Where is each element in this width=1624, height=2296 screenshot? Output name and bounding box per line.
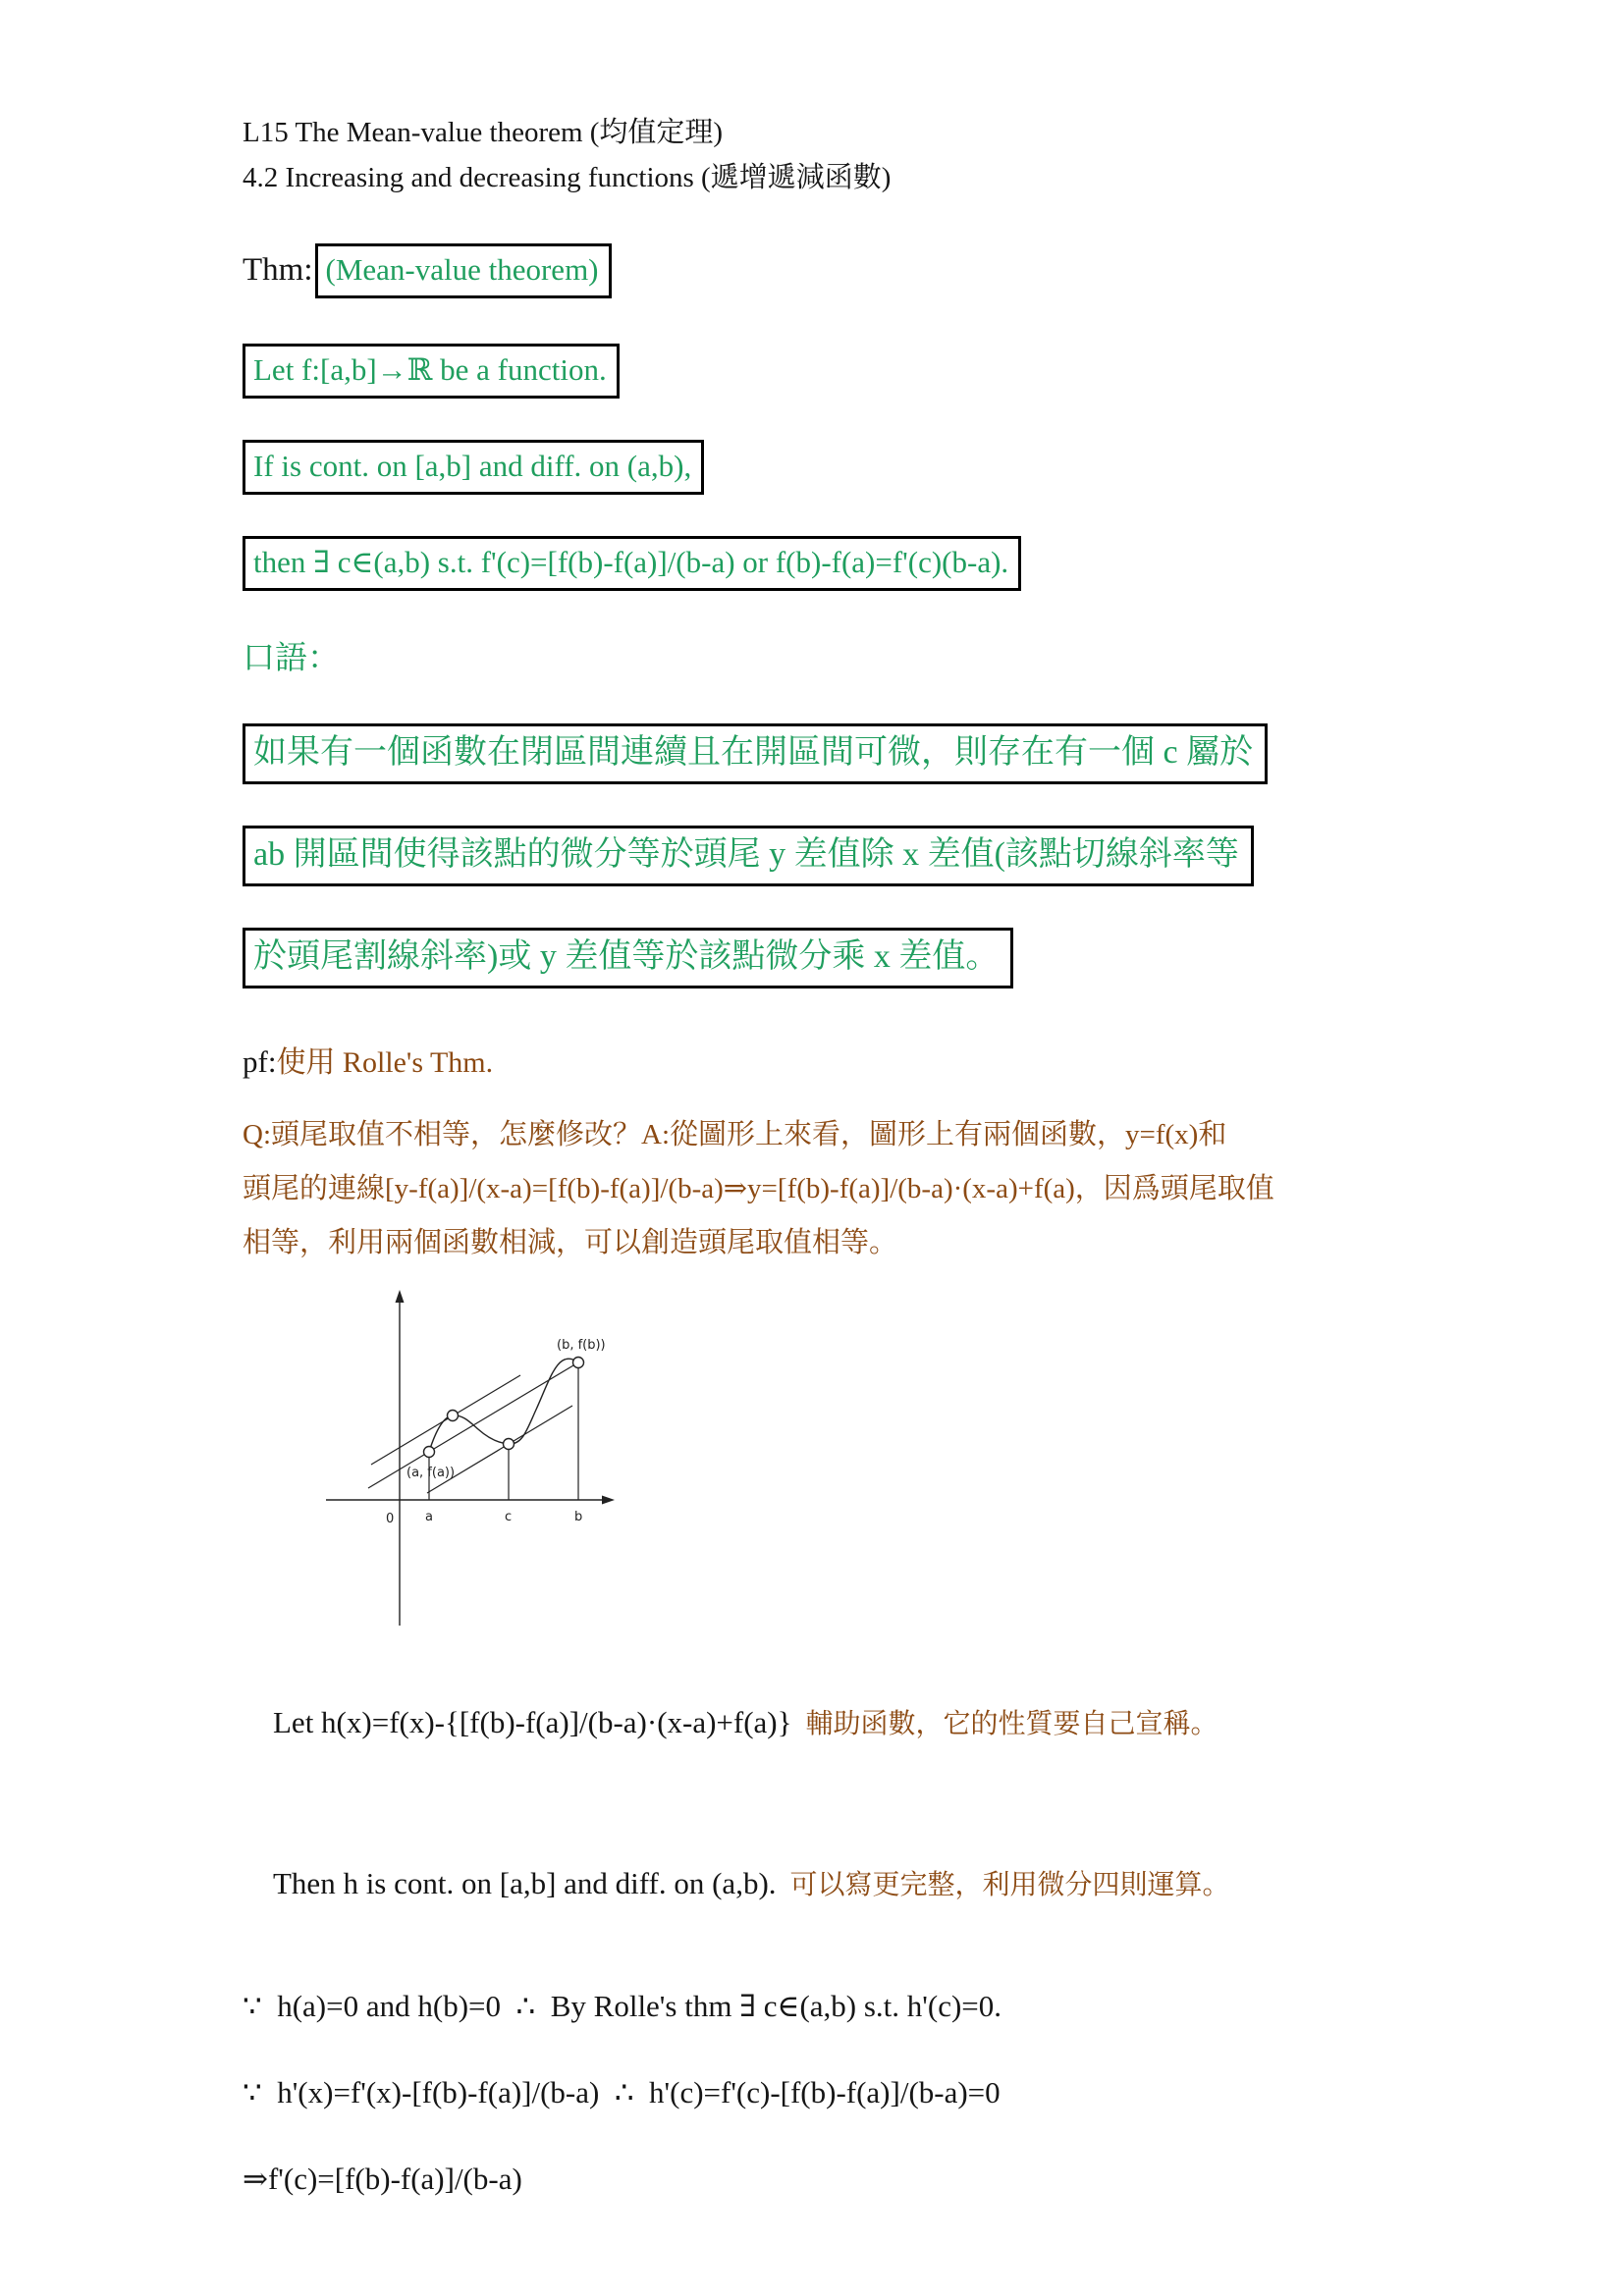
mvt-graph-svg: (b, f(b)) (a, f(a)) 0 a c b (324, 1284, 717, 1633)
y-axis-arrow-icon (396, 1290, 405, 1303)
section-title: 4.2 Increasing and decreasing functions … (243, 155, 1428, 200)
colloquial-line3-box: 於頭尾割線斜率)或 y 差值等於該點微分乘 x 差值。 (243, 928, 1013, 988)
theorem-hypothesis1-row: Let f:[a,b]→ℝ be a function. (243, 344, 1428, 399)
tick-a-label: a (425, 1510, 433, 1524)
proof-heading-row: pf:使用 Rolle's Thm. (243, 1038, 1428, 1081)
continuity-note: 可以寫更完整，利用微分四則運算。 (777, 1870, 1230, 1900)
theorem-hypothesis2-row: If is cont. on [a,b] and diff. on (a,b), (243, 440, 1428, 495)
colloquial-heading: 口語： (243, 632, 1428, 678)
theorem-hypothesis2-box: If is cont. on [a,b] and diff. on (a,b), (243, 440, 704, 495)
aux-function-row: Let h(x)=f(x)-{[f(b)-f(a)]/(b-a)·(x-a)+f… (243, 1667, 1428, 1777)
mvt-figure: (b, f(b)) (a, f(a)) 0 a c b (324, 1284, 1428, 1633)
point-c-marker (504, 1439, 514, 1450)
theorem-heading-row: Thm:(Mean-value theorem) (243, 243, 1428, 298)
continuity-formula: Then h is cont. on [a,b] and diff. on (a… (273, 1866, 777, 1900)
theorem-name-box: (Mean-value theorem) (315, 243, 612, 298)
upper-parallel-line (371, 1375, 520, 1465)
qa-line: 頭尾的連線[y-f(a)]/(x-a)=[f(b)-f(a)]/(b-a)⇒y=… (243, 1162, 1428, 1216)
colloquial-line3-row: 於頭尾割線斜率)或 y 差值等於該點微分乘 x 差值。 (243, 928, 1428, 988)
tick-c-label: c (505, 1510, 512, 1524)
theorem-conclusion-row: then ∃ c∈(a,b) s.t. f'(c)=[f(b)-f(a)]/(b… (243, 536, 1428, 591)
page-header: L15 The Mean-value theorem (均值定理) 4.2 In… (243, 110, 1428, 200)
proof-method-note: 使用 Rolle's Thm. (276, 1046, 493, 1079)
colloquial-line2-box: ab 開區間使得該點的微分等於頭尾 y 差值除 x 差值(該點切線斜率等 (243, 826, 1254, 886)
origin-label: 0 (386, 1512, 394, 1526)
tick-b-label: b (574, 1510, 582, 1524)
qa-line: 相等，利用兩個函數相減，可以創造頭尾取值相等。 (243, 1216, 1428, 1270)
proof-label: pf: (243, 1044, 276, 1079)
local-max-marker (448, 1411, 459, 1421)
qa-line: Q:頭尾取值不相等，怎麼修改？A:從圖形上來看，圖形上有兩個函數，y=f(x)和 (243, 1108, 1428, 1162)
continuity-row: Then h is cont. on [a,b] and diff. on (a… (243, 1828, 1428, 1938)
lecture-title: L15 The Mean-value theorem (均值定理) (243, 110, 1428, 155)
colloquial-line1-box: 如果有一個函數在閉區間連續且在開區間可微，則存在有一個 c 屬於 (243, 723, 1268, 784)
point-b-marker (573, 1358, 584, 1368)
aux-function-formula: Let h(x)=f(x)-{[f(b)-f(a)]/(b-a)·(x-a)+f… (273, 1705, 792, 1739)
theorem-hypothesis1-box: Let f:[a,b]→ℝ be a function. (243, 344, 620, 399)
point-a-label: (a, f(a)) (406, 1466, 455, 1480)
point-a-marker (424, 1447, 435, 1458)
theorem-label: Thm: (243, 252, 313, 288)
colloquial-line2-row: ab 開區間使得該點的微分等於頭尾 y 差值除 x 差值(該點切線斜率等 (243, 826, 1428, 886)
qa-paragraph: Q:頭尾取值不相等，怎麼修改？A:從圖形上來看，圖形上有兩個函數，y=f(x)和… (243, 1108, 1428, 1270)
theorem-conclusion-box: then ∃ c∈(a,b) s.t. f'(c)=[f(b)-f(a)]/(b… (243, 536, 1021, 591)
proof-step2: ∵ h'(x)=f'(x)-[f(b)-f(a)]/(b-a) ∴ h'(c)=… (243, 2075, 1428, 2110)
point-b-label: (b, f(b)) (557, 1338, 606, 1353)
aux-function-note: 輔助函數，它的性質要自己宣稱。 (792, 1709, 1218, 1739)
proof-step1: ∵ h(a)=0 and h(b)=0 ∴ By Rolle's thm ∃ c… (243, 1989, 1428, 2024)
x-axis-arrow-icon (602, 1496, 615, 1505)
proof-conclusion: ⇒f'(c)=[f(b)-f(a)]/(b-a) (243, 2162, 1428, 2197)
lecture-notes-page: L15 The Mean-value theorem (均值定理) 4.2 In… (0, 0, 1624, 2296)
colloquial-line1-row: 如果有一個函數在閉區間連續且在開區間可微，則存在有一個 c 屬於 (243, 723, 1428, 784)
